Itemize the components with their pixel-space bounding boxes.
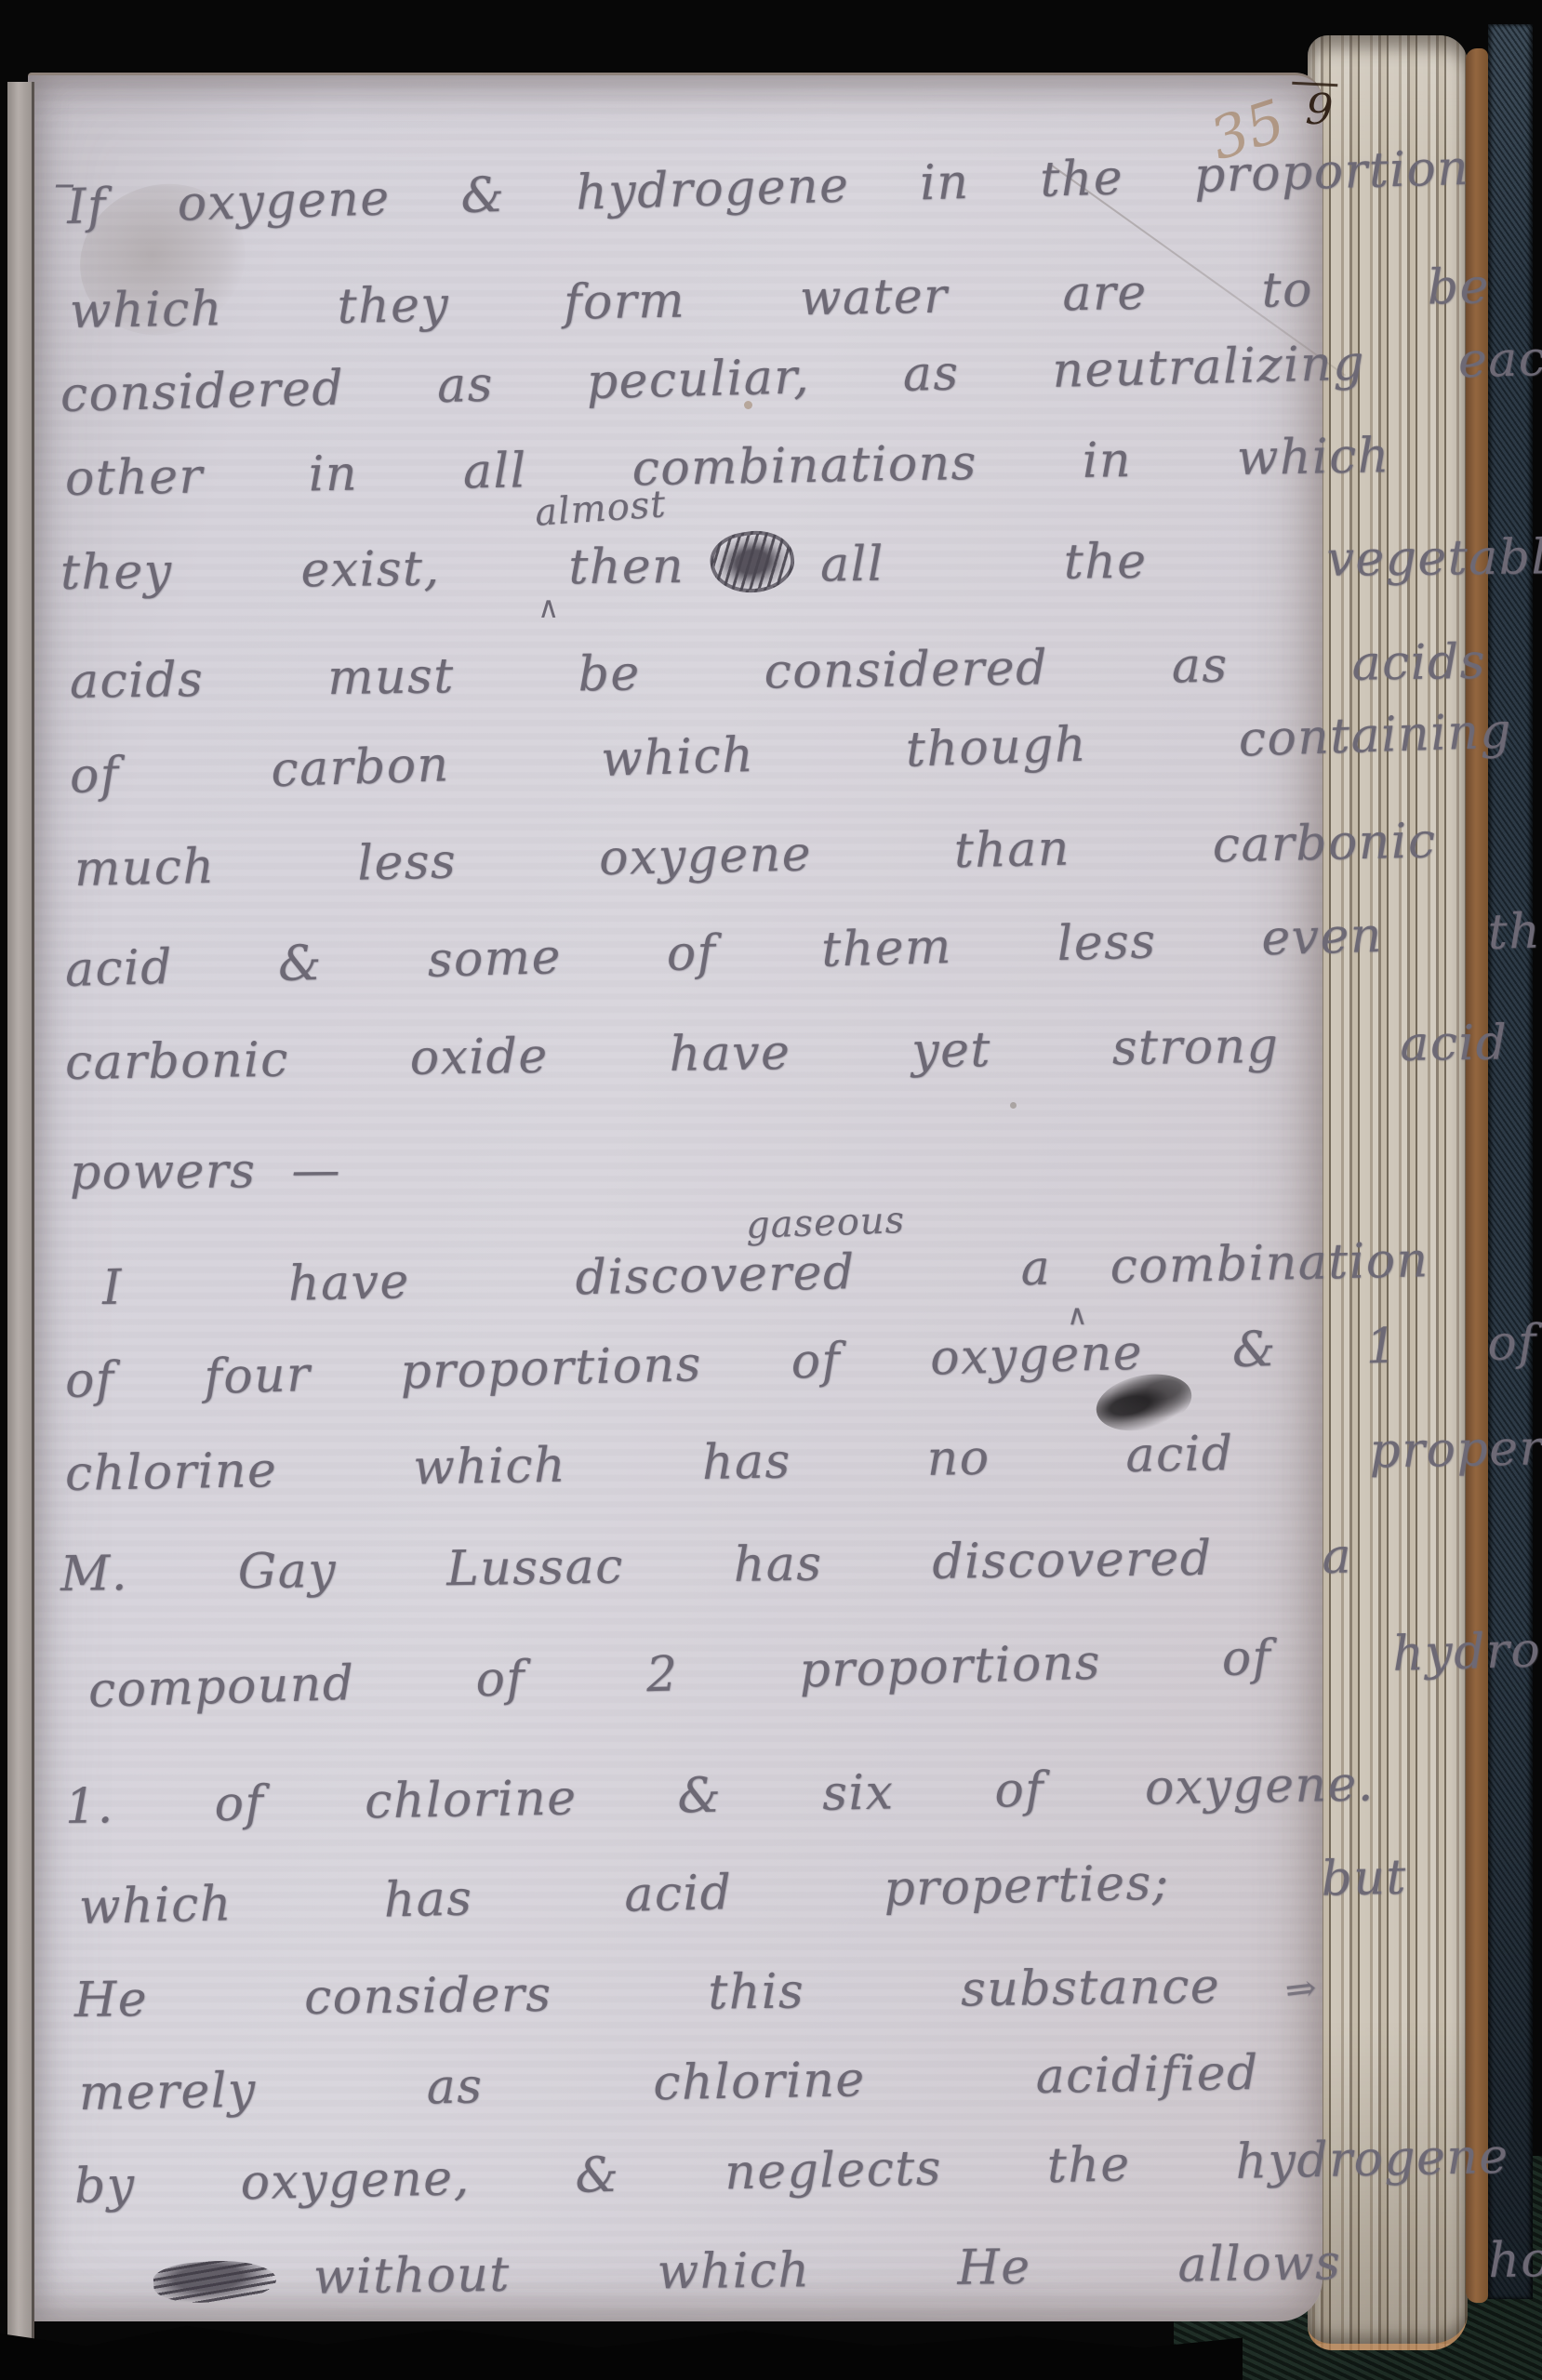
handwritten-line: they exist, thenall the vegetable: [60, 523, 1542, 601]
handwritten-line: acid & some of them less even than: [64, 902, 1542, 998]
inserted-word-gaseous: gaseous: [745, 1200, 905, 1246]
inserted-word-almost: almost: [534, 484, 668, 534]
handwritten-line: merely as chlorine acidified: [78, 2045, 1259, 2121]
scribbled-out-word: [707, 525, 799, 599]
handwritten-line: If oxygene & hydrogene in the proportion…: [66, 137, 1542, 235]
manuscript-page: 35 9 – If oxygene & hydrogene in the pro…: [28, 73, 1323, 2321]
handwritten-line: carbonic oxide have yet strong acid: [65, 1015, 1509, 1091]
handwritten-line: chlorine which has no acid properties.: [64, 1418, 1542, 1502]
handwritten-line: He considers this substance⇒: [74, 1958, 1319, 2032]
line-text: all the vegetable: [820, 529, 1542, 593]
handwritten-line: by oxygene, & neglects the hydrogene: [73, 2129, 1509, 2214]
line-text: they exist, then: [60, 538, 685, 601]
line-text: He considers this substance: [74, 1959, 1221, 2028]
arrow-mark: ⇒: [1283, 1960, 1322, 2019]
struck-out-word: [153, 2257, 278, 2307]
line-text: I have discovered a: [101, 1241, 1051, 1316]
handwritten-line: of four proportions of oxygene & 1 of: [64, 1315, 1537, 1409]
handwritten-line: of carbon which though containing: [69, 703, 1513, 804]
notebook-photo: 35 9 – If oxygene & hydrogene in the pro…: [0, 0, 1542, 2380]
handwritten-line: powers —: [70, 1142, 341, 1201]
paper-speck: [1010, 1102, 1017, 1109]
handwritten-line: other in all combinations in which: [64, 428, 1390, 507]
handwritten-line: which has acid properties; but: [78, 1850, 1407, 1935]
handwritten-line: M. Gay Lussac has discovered a: [60, 1529, 1353, 1602]
handwritten-line: 1. of chlorine & six of oxygene.: [64, 1756, 1375, 1835]
gutter-page-edge: [7, 82, 34, 2372]
line-text: combination: [1110, 1232, 1429, 1295]
insertion-caret: ∧: [538, 592, 559, 622]
handwritten-line: considered as peculiar, as neutralizing …: [60, 330, 1542, 423]
handwritten-line: acids must be considered as acids: [70, 634, 1487, 710]
page-number-ink: 9: [1290, 82, 1338, 134]
handwritten-line: much less oxygene than carbonic: [73, 813, 1437, 897]
